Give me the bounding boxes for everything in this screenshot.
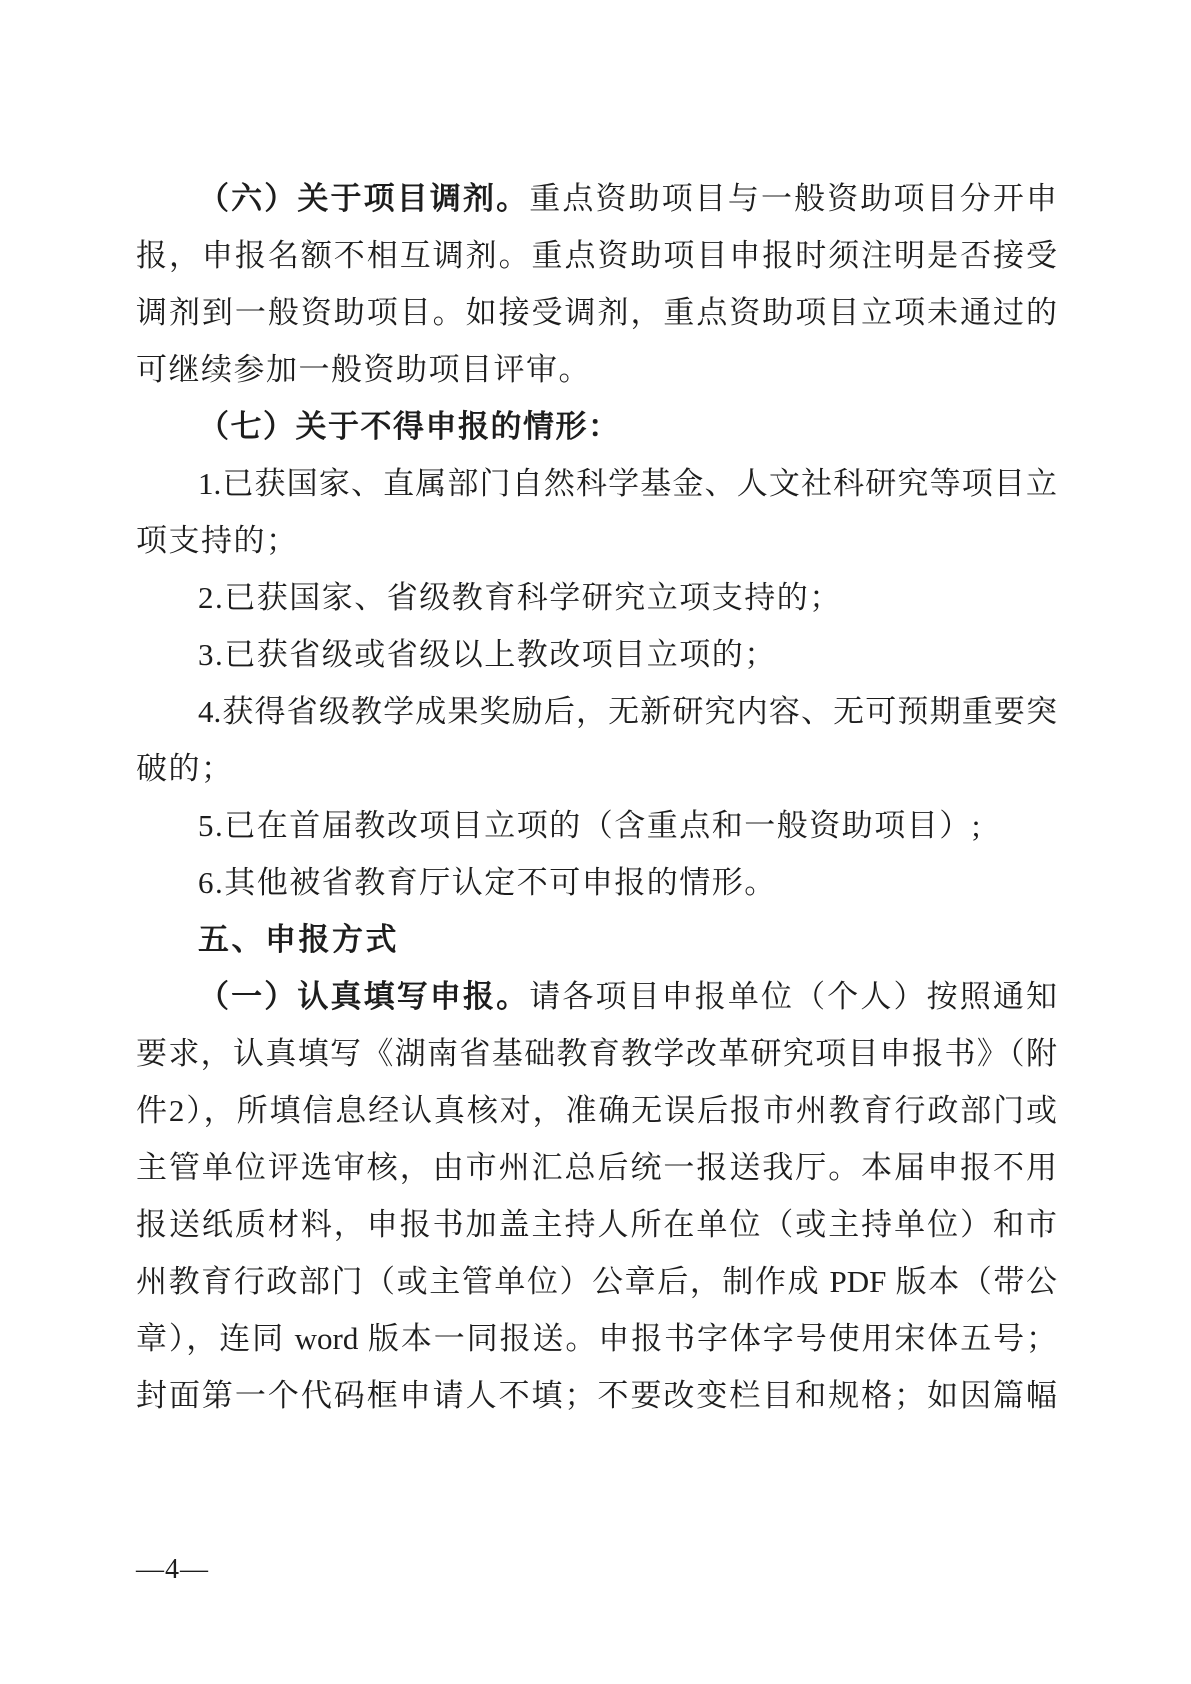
body-text: 件2），所填信息经认真核对，准确无误后报市州教育行政部门或 [136,1093,1057,1128]
body-text: 项支持的； [136,523,299,558]
para-item1-line-7: 章），连同 word 版本一同报送。申报书字体字号使用宋体五号； [136,1310,1057,1367]
page-number: —4— [136,1554,209,1585]
para-item1-line-8: 封面第一个代码框申请人不填；不要改变栏目和规格；如因篇幅 [136,1367,1057,1424]
para-item1-line-1: （一）认真填写申报。请各项目申报单位（个人）按照通知 [136,968,1057,1025]
body-text: 可继续参加一般资助项目评审。 [136,352,591,387]
para-item1-line-6: 州教育行政部门（或主管单位）公章后，制作成 PDF 版本（带公 [136,1253,1057,1310]
para-item6-line-3: 调剂到一般资助项目。如接受调剂，重点资助项目立项未通过的 [136,284,1057,341]
list-item-5: 5.已在首届教改项目立项的（含重点和一般资助项目）; [136,797,1057,854]
para-item6-line-2: 报，申报名额不相互调剂。重点资助项目申报时须注明是否接受 [136,227,1057,284]
para-item6-line-4: 可继续参加一般资助项目评审。 [136,341,1057,398]
list-item-6: 6.其他被省教育厅认定不可申报的情形。 [136,854,1057,911]
body-text: 重点资助项目与一般资助项目分开申 [529,181,1057,216]
body-text: 章），连同 word 版本一同报送。申报书字体字号使用宋体五号； [136,1321,1057,1356]
emphasis-text: （一）认真填写申报。 [198,979,529,1014]
list-item-4-line-2: 破的； [136,740,1057,797]
para-item7-heading: （七）关于不得申报的情形： [136,398,1057,455]
body-text: 5.已在首届教改项目立项的（含重点和一般资助项目）; [198,808,982,843]
body-text: 3.已获省级或省级以上教改项目立项的； [198,637,777,672]
para-item1-line-2: 要求，认真填写《湖南省基础教育教学改革研究项目申报书》（附 [136,1025,1057,1082]
para-item1-line-5: 报送纸质材料，申报书加盖主持人所在单位（或主持单位）和市 [136,1196,1057,1253]
para-item1-line-4: 主管单位评选审核，由市州汇总后统一报送我厅。本届申报不用 [136,1139,1057,1196]
body-text: 主管单位评选审核，由市州汇总后统一报送我厅。本届申报不用 [136,1150,1057,1185]
page-footer: —4— [136,1552,209,1588]
body-text: 4.获得省级教学成果奖励后，无新研究内容、无可预期重要突 [198,694,1057,729]
body-text: 1.已获国家、直属部门自然科学基金、人文社科研究等项目立 [198,466,1057,501]
para-item1-line-3: 件2），所填信息经认真核对，准确无误后报市州教育行政部门或 [136,1082,1057,1139]
emphasis-text: （六）关于项目调剂。 [198,181,529,216]
body-text: 2.已获国家、省级教育科学研究立项支持的； [198,580,842,615]
body-text: 6.其他被省教育厅认定不可申报的情形。 [198,865,777,900]
list-item-1-line-1: 1.已获国家、直属部门自然科学基金、人文社科研究等项目立 [136,455,1057,512]
body-text: 报，申报名额不相互调剂。重点资助项目申报时须注明是否接受 [136,238,1057,273]
emphasis-text: （七）关于不得申报的情形： [198,409,621,444]
list-item-4-line-1: 4.获得省级教学成果奖励后，无新研究内容、无可预期重要突 [136,683,1057,740]
body-text: 州教育行政部门（或主管单位）公章后，制作成 PDF 版本（带公 [136,1264,1057,1299]
body-text: 破的； [136,751,234,786]
body-text: 报送纸质材料，申报书加盖主持人所在单位（或主持单位）和市 [136,1207,1057,1242]
body-text: 调剂到一般资助项目。如接受调剂，重点资助项目立项未通过的 [136,295,1057,330]
list-item-3: 3.已获省级或省级以上教改项目立项的； [136,626,1057,683]
body-text: 封面第一个代码框申请人不填；不要改变栏目和规格；如因篇幅 [136,1378,1057,1413]
list-item-2: 2.已获国家、省级教育科学研究立项支持的； [136,569,1057,626]
document-page: （六）关于项目调剂。重点资助项目与一般资助项目分开申报，申报名额不相互调剂。重点… [0,0,1191,1684]
list-item-1-line-2: 项支持的； [136,512,1057,569]
body-text: 请各项目申报单位（个人）按照通知 [529,979,1057,1014]
emphasis-text: 五、申报方式 [198,922,399,957]
body-text: 要求，认真填写《湖南省基础教育教学改革研究项目申报书》（附 [136,1036,1057,1071]
section-5-heading: 五、申报方式 [136,911,1057,968]
para-item6-line-1: （六）关于项目调剂。重点资助项目与一般资助项目分开申 [136,170,1057,227]
document-body: （六）关于项目调剂。重点资助项目与一般资助项目分开申报，申报名额不相互调剂。重点… [136,170,1057,1424]
